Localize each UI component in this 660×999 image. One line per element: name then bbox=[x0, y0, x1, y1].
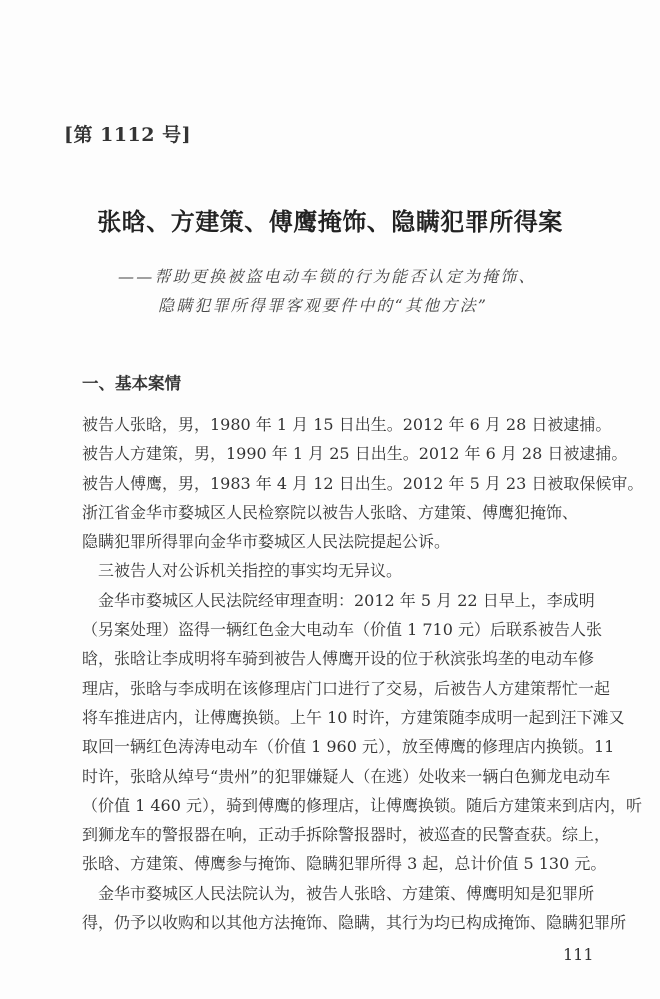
body-text: 被告人张晗，男，1980 年 1 月 15 日出生。2012 年 6 月 28 … bbox=[82, 410, 602, 937]
body-line: 得，仍予以收购和以其他方法掩饰、隐瞒，其行为均已构成掩饰、隐瞒犯罪所 bbox=[82, 908, 602, 937]
body-line: 被告人傅鹰，男，1983 年 4 月 12 日出生。2012 年 5 月 23 … bbox=[82, 469, 602, 498]
body-line: 金华市婺城区人民法院认为，被告人张晗、方建策、傅鹰明知是犯罪所 bbox=[82, 879, 602, 908]
section-heading: 一、基本案情 bbox=[82, 370, 181, 394]
body-line: 被告人张晗，男，1980 年 1 月 15 日出生。2012 年 6 月 28 … bbox=[82, 410, 602, 439]
page-number: 111 bbox=[563, 945, 594, 964]
subtitle-line-2: 隐瞒犯罪所得罪客观要件中的“其他方法” bbox=[118, 291, 537, 320]
body-line: 浙江省金华市婺城区人民检察院以被告人张晗、方建策、傅鹰犯掩饰、 bbox=[82, 498, 602, 527]
case-subtitle: ——帮助更换被盗电动车锁的行为能否认定为掩饰、 隐瞒犯罪所得罪客观要件中的“其他… bbox=[118, 262, 537, 320]
body-line: 取回一辆红色涛涛电动车（价值 1 960 元），放至傅鹰的修理店内换锁。11 bbox=[82, 732, 602, 761]
body-line: 被告人方建策，男，1990 年 1 月 25 日出生。2012 年 6 月 28… bbox=[82, 439, 602, 468]
body-line: （另案处理）盗得一辆红色金大电动车（价值 1 710 元）后联系被告人张 bbox=[82, 615, 602, 644]
body-line: 张晗、方建策、傅鹰参与掩饰、隐瞒犯罪所得 3 起，总计价值 5 130 元。 bbox=[82, 849, 602, 878]
body-line: 金华市婺城区人民法院经审理查明：2012 年 5 月 22 日早上，李成明 bbox=[82, 586, 602, 615]
body-line: 将车推进店内，让傅鹰换锁。上午 10 时许，方建策随李成明一起到汪下滩又 bbox=[82, 703, 602, 732]
body-line: 时许，张晗从绰号“贵州”的犯罪嫌疑人（在逃）处收来一辆白色狮龙电动车 bbox=[82, 762, 602, 791]
body-line: 理店，张晗与李成明在该修理店门口进行了交易，后被告人方建策帮忙一起 bbox=[82, 674, 602, 703]
body-line: 三被告人对公诉机关指控的事实均无异议。 bbox=[82, 556, 602, 585]
body-line: （价值 1 460 元），骑到傅鹰的修理店，让傅鹰换锁。随后方建策来到店内，听 bbox=[82, 791, 602, 820]
body-line: 晗，张晗让李成明将车骑到被告人傅鹰开设的位于秋滨张坞垄的电动车修 bbox=[82, 644, 602, 673]
body-line: 到狮龙车的警报器在响，正动手拆除警报器时，被巡查的民警查获。综上， bbox=[82, 820, 602, 849]
body-line: 隐瞒犯罪所得罪向金华市婺城区人民法院提起公诉。 bbox=[82, 527, 602, 556]
subtitle-line-1: ——帮助更换被盗电动车锁的行为能否认定为掩饰、 bbox=[118, 267, 537, 286]
case-number: [第 1112 号] bbox=[64, 120, 191, 147]
case-title: 张晗、方建策、傅鹰掩饰、隐瞒犯罪所得案 bbox=[0, 202, 660, 237]
